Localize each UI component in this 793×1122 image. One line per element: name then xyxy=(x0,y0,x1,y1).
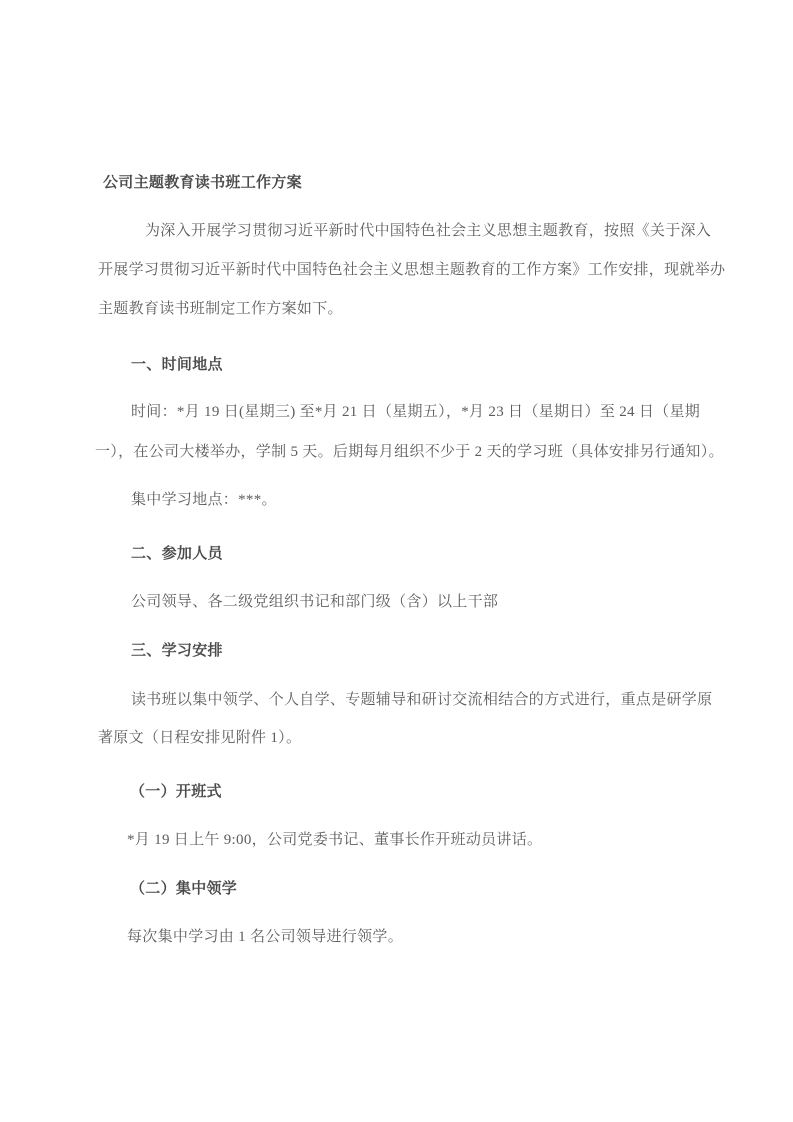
intro-paragraph-line-1: 为深入开展学习贯彻习近平新时代中国特色社会主义思想主题教育，按照《关于深入 xyxy=(145,222,711,240)
section-2-heading: 二、参加人员 xyxy=(131,545,223,563)
subsection-2-body: 每次集中学习由 1 名公司领导进行领学。 xyxy=(127,928,403,946)
subsection-2-heading: （二）集中领学 xyxy=(130,880,237,898)
section-3-body-line-1: 读书班以集中领学、个人自学、专题辅导和研讨交流相结合的方式进行，重点是研学原 xyxy=(131,691,712,709)
subsection-1-heading: （一）开班式 xyxy=(130,783,222,801)
section-1-heading: 一、时间地点 xyxy=(131,356,223,374)
section-1-time-line-1: 时间：*月 19 日(星期三) 至*月 21 日（星期五），*月 23 日（星期… xyxy=(131,403,700,421)
section-2-body: 公司领导、各二级党组织书记和部门级（含）以上干部 xyxy=(131,593,498,611)
subsection-1-body: *月 19 日上午 9:00，公司党委书记、董事长作开班动员讲话。 xyxy=(127,831,542,849)
document-page: 公司主题教育读书班工作方案 为深入开展学习贯彻习近平新时代中国特色社会主义思想主… xyxy=(0,0,793,1122)
section-3-heading: 三、学习安排 xyxy=(131,642,223,660)
section-1-time-line-2: 一），在公司大楼举办，学制 5 天。后期每月组织不少于 2 天的学习班（具体安排… xyxy=(95,443,724,461)
intro-paragraph-line-3: 主题教育读书班制定工作方案如下。 xyxy=(98,300,343,318)
section-1-location: 集中学习地点：***。 xyxy=(131,491,277,509)
doc-title: 公司主题教育读书班工作方案 xyxy=(103,174,302,192)
intro-paragraph-line-2: 开展学习贯彻习近平新时代中国特色社会主义思想主题教育的工作方案》工作安排，现就举… xyxy=(98,261,725,279)
section-3-body-line-2: 著原文（日程安排见附件 1）。 xyxy=(98,729,301,747)
